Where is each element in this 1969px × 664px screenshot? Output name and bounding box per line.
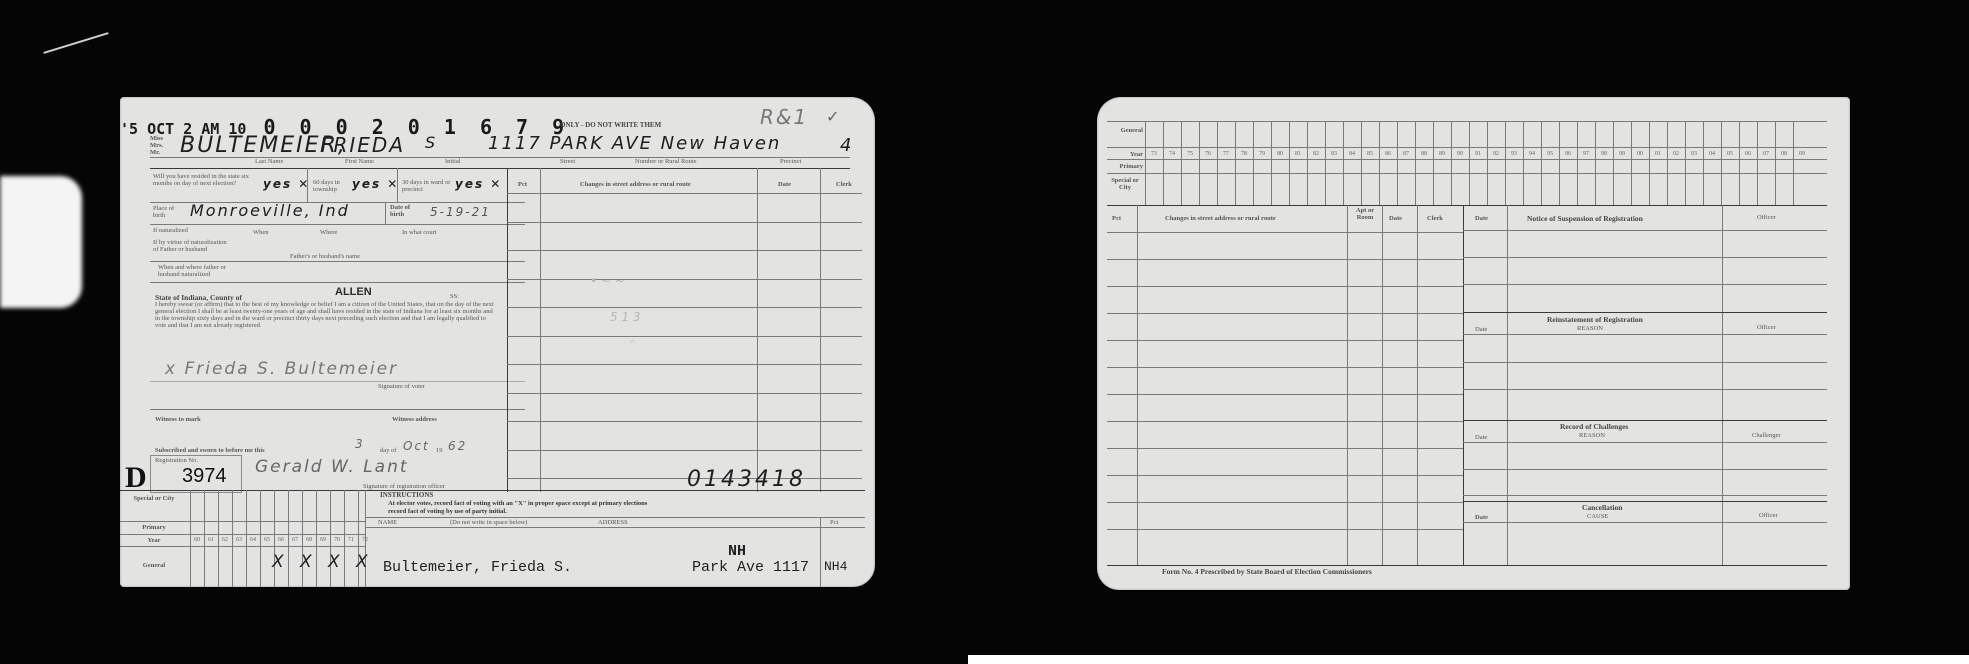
- officer-signature-label: Signature of registration officer: [363, 483, 445, 490]
- ss-label: SS:: [450, 293, 459, 300]
- suspension-title: Notice of Suspension of Registration: [1527, 214, 1643, 223]
- vote-mark-72: X: [356, 552, 368, 572]
- year-prefix: 19: [436, 447, 443, 454]
- first-name-label: First Name: [345, 158, 374, 165]
- do-not-write-note: (Do not write in space below): [450, 519, 527, 526]
- clerk-header: Clerk: [1427, 215, 1443, 222]
- right-year-row: 7374757677787980818283848586878889909192…: [1145, 151, 1811, 157]
- special-city-label: Special or City: [125, 495, 183, 502]
- state-residency-question: Will you have resided in the state six m…: [153, 173, 263, 187]
- date-header: Date: [1389, 215, 1402, 222]
- handwritten-number: 0143418: [687, 467, 806, 492]
- father-naturalized-when-where-label: When and where father or husband natural…: [158, 264, 248, 278]
- oath-text: I hereby swear (or affirm) that to the b…: [155, 301, 495, 329]
- when-label: When: [253, 229, 269, 236]
- general-label: General: [125, 562, 183, 569]
- light-glare: [0, 176, 82, 308]
- witness-address-label: Witness address: [392, 416, 437, 423]
- typed-address-area: NH: [728, 543, 746, 560]
- instructions-line1: At elector votes, record fact of voting …: [388, 500, 647, 507]
- changes-header: Changes in street address or rural route: [580, 181, 691, 188]
- registration-number-label: Registration No.: [155, 457, 198, 464]
- suspension-officer-label: Officer: [1757, 214, 1776, 221]
- day-of-label: day of: [380, 447, 396, 454]
- instructions-title: INSTRUCTIONS: [380, 491, 433, 499]
- ward-label: 30 days in ward or precinct: [402, 179, 462, 193]
- subscribed-day: 3: [355, 437, 365, 451]
- left-year-row: 60616263646566676869707172: [190, 537, 372, 543]
- right-vote-grid: [1145, 121, 1811, 205]
- reinstatement-reason-label: REASON: [1577, 325, 1603, 332]
- where-label: Where: [320, 229, 337, 236]
- precinct-value: 4: [840, 135, 853, 156]
- cancellation-date-label: Date: [1475, 514, 1488, 521]
- form-footer: Form No. 4 Prescribed by State Board of …: [1162, 567, 1372, 576]
- challenges-title: Record of Challenges: [1560, 422, 1628, 431]
- challenger-label: Challenger: [1752, 432, 1781, 439]
- voter-signature: x Frieda S. Bultemeier: [165, 359, 398, 379]
- birth-place-label: Place of birth: [153, 205, 188, 219]
- county-value: ALLEN: [335, 286, 372, 298]
- vote-mark-66: X: [272, 552, 284, 572]
- title-labels: MissMrs.Mr.: [150, 135, 163, 156]
- year-label: Year: [125, 537, 183, 544]
- primary-label: Primary: [125, 524, 183, 531]
- pct-header: Pct: [518, 181, 527, 188]
- number-label: Number or Rural Route: [635, 158, 697, 165]
- film-scratch: [43, 32, 109, 54]
- check-mark-icon: ✓: [826, 107, 841, 126]
- first-name-value: FRIEDA: [320, 133, 405, 157]
- state-residency-answer: yes ✕: [263, 177, 310, 191]
- header-note: ONLY - DO NOT WRITE THEM: [560, 121, 661, 129]
- reinstatement-officer-label: Officer: [1757, 324, 1776, 331]
- officer-signature: Gerald W. Lant: [255, 457, 409, 477]
- subscribed-label: Subscribed and sworn to before me this: [155, 447, 265, 454]
- date-header: Date: [778, 181, 791, 188]
- cancellation-title: Cancellation: [1582, 503, 1622, 512]
- street-value: 1117 PARK AVE New Haven: [488, 133, 781, 154]
- suspension-date-label: Date: [1475, 215, 1488, 222]
- reinstatement-title: Reinstatement of Registration: [1547, 315, 1643, 324]
- year-label: Year: [1107, 151, 1143, 158]
- naturalized-label: If naturalized: [153, 227, 188, 234]
- initial-label: Initial: [445, 158, 461, 165]
- last-name-label: Last Name: [255, 158, 283, 165]
- challenges-reason-label: REASON: [1579, 432, 1605, 439]
- birth-place-value: Monroeville, Ind: [190, 201, 350, 220]
- name-header: NAME: [378, 519, 397, 526]
- challenges-date-label: Date: [1475, 434, 1487, 441]
- pct-header: Pct: [1112, 215, 1121, 222]
- reinstatement-date-label: Date: [1475, 326, 1487, 333]
- special-city-label: Special or City: [1107, 177, 1143, 191]
- witness-mark-label: Witness to mark: [155, 416, 201, 423]
- father-naturalization-label: If by virtue of naturalization of Father…: [153, 239, 233, 253]
- subscribed-month: Oct: [403, 439, 430, 453]
- instructions-line2: record fact of voting by use of party in…: [388, 508, 507, 515]
- typed-precinct: NH4: [824, 559, 847, 574]
- typed-address: Park Ave 1117: [692, 559, 809, 576]
- township-answer: yes ✕: [352, 177, 399, 191]
- apt-room-header: Apt or Room: [1349, 207, 1381, 221]
- street-label: Street: [560, 158, 575, 165]
- white-strip: [968, 655, 1969, 664]
- registration-number: 3974: [182, 465, 227, 488]
- corner-note: R&1: [760, 105, 808, 129]
- subscribed-year: 62: [448, 439, 467, 453]
- registration-card-front: '5 OCT 2 AM 10 0 0 0 2 0 1 6 7 9 ONLY - …: [120, 97, 875, 587]
- general-label: General: [1107, 127, 1143, 134]
- address-header: ADDRESS: [598, 519, 628, 526]
- faded-entry: ᵔ: [630, 337, 635, 351]
- birth-date-label: Date of birth: [390, 204, 420, 218]
- cancellation-cause-label: CAUSE: [1587, 513, 1608, 520]
- signature-label: Signature of voter: [378, 383, 425, 390]
- initial-value: S: [425, 133, 437, 152]
- precinct-label: Precinct: [780, 158, 801, 165]
- clerk-header: Clerk: [836, 181, 852, 188]
- primary-label: Primary: [1107, 163, 1143, 170]
- father-name-label: Father's or husband's name: [290, 253, 360, 260]
- cancellation-officer-label: Officer: [1759, 512, 1778, 519]
- vote-mark-70: X: [328, 552, 340, 572]
- typed-voter-name: Bultemeier, Frieda S.: [383, 559, 572, 576]
- faded-entry: • ~ ~: [590, 274, 625, 288]
- registration-card-back: General Year Primary Special or City 737…: [1097, 97, 1850, 590]
- court-label: In what court: [402, 229, 437, 236]
- pct-label-header: Pct: [830, 519, 838, 526]
- vote-mark-68: X: [300, 552, 312, 572]
- changes-header: Changes in street address or rural route: [1165, 215, 1276, 222]
- faded-entry: 5 1 3: [610, 310, 641, 324]
- birth-date-value: 5-19-21: [430, 205, 491, 219]
- ward-answer: yes ✕: [455, 177, 502, 191]
